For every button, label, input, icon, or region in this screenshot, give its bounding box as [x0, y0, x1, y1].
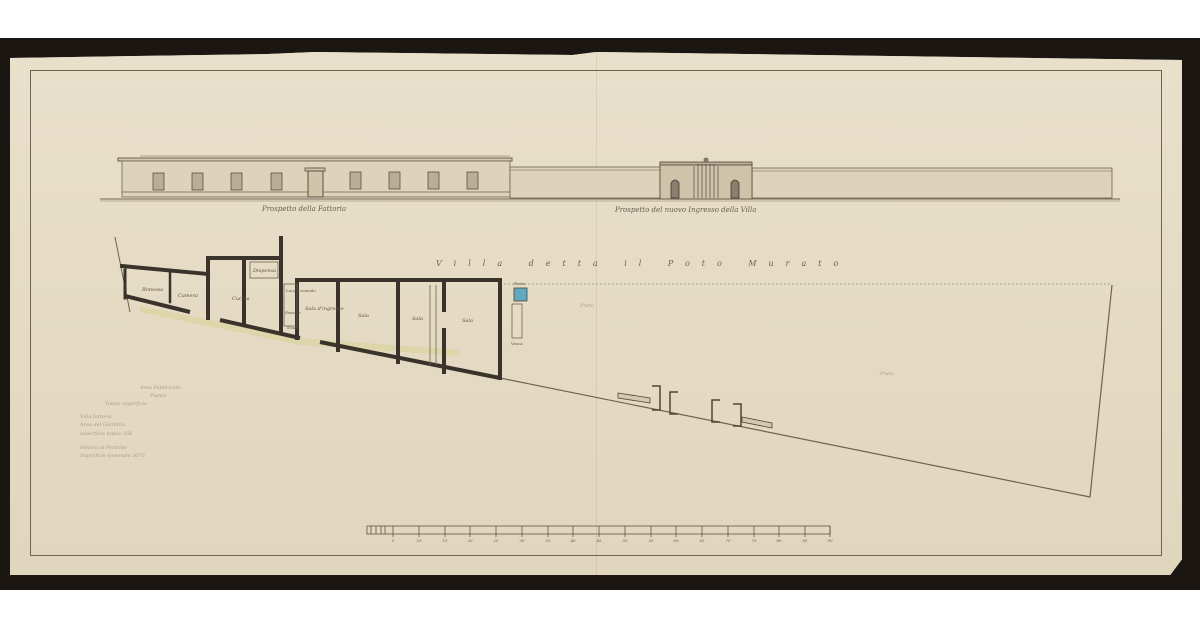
caption-ingresso: Prospetto del nuovo Ingresso della Villa — [615, 206, 756, 214]
room-label: Sala — [358, 313, 369, 319]
room-label: Sala — [412, 316, 423, 322]
scale-tick-label: 90 — [827, 538, 832, 543]
architectural-drawing — [0, 0, 1200, 628]
field-note: Prato — [880, 370, 894, 379]
scale-tick-label: 55 — [648, 538, 653, 543]
scale-tick-label: 25 — [493, 538, 498, 543]
lawn-note: Prato — [580, 302, 594, 311]
scale-tick-label: 15 — [442, 538, 447, 543]
scale-bar — [367, 526, 830, 537]
room-label: Rimessa — [142, 287, 163, 293]
villa-name-label: Villa detta il Poto Murato — [436, 259, 850, 268]
room-label: Dispensa — [253, 268, 276, 274]
note-line: Pianta — [150, 392, 166, 401]
caption-fattoria: Prospetto della Fattoria — [262, 205, 346, 213]
scale-tick-label: 45 — [596, 538, 601, 543]
room-label: Camera — [178, 293, 198, 299]
scale-tick-label: 75 — [751, 538, 756, 543]
scale-tick-label: 20 — [467, 538, 472, 543]
note-line: Superficie Generale 3073 — [80, 452, 145, 461]
scale-tick-label: 70 — [725, 538, 730, 543]
room-label: Luogo comodo — [286, 288, 316, 293]
scale-tick-label: 5 — [392, 538, 395, 543]
scale-tick-label: 30 — [519, 538, 524, 543]
note-line: superficie totale 350 — [80, 430, 132, 439]
room-label: Sala d'ingresso — [305, 306, 344, 312]
room-label: Cucina — [232, 296, 250, 302]
scale-tick-label: 60 — [673, 538, 678, 543]
scale-tick-label: 35 — [545, 538, 550, 543]
room-label: Sala — [462, 318, 473, 324]
note-line: Area del Giardino — [80, 421, 125, 430]
scale-tick-label: 40 — [570, 538, 575, 543]
fountain-label: Fonte — [514, 281, 526, 286]
room-label: Passare — [285, 310, 301, 315]
elevation-ingresso — [510, 158, 1112, 199]
scale-tick-label: 50 — [622, 538, 627, 543]
scale-tick-label: 80 — [776, 538, 781, 543]
basin — [512, 304, 522, 338]
room-label: Scala — [287, 325, 298, 330]
floor-plan — [115, 237, 1112, 497]
scale-tick-label: 65 — [699, 538, 704, 543]
note-line: Totale superficie — [105, 400, 147, 409]
fountain — [514, 288, 527, 301]
scale-tick-label: 10 — [416, 538, 421, 543]
scale-tick-label: 85 — [802, 538, 807, 543]
basin-label: Vasca — [511, 341, 523, 346]
